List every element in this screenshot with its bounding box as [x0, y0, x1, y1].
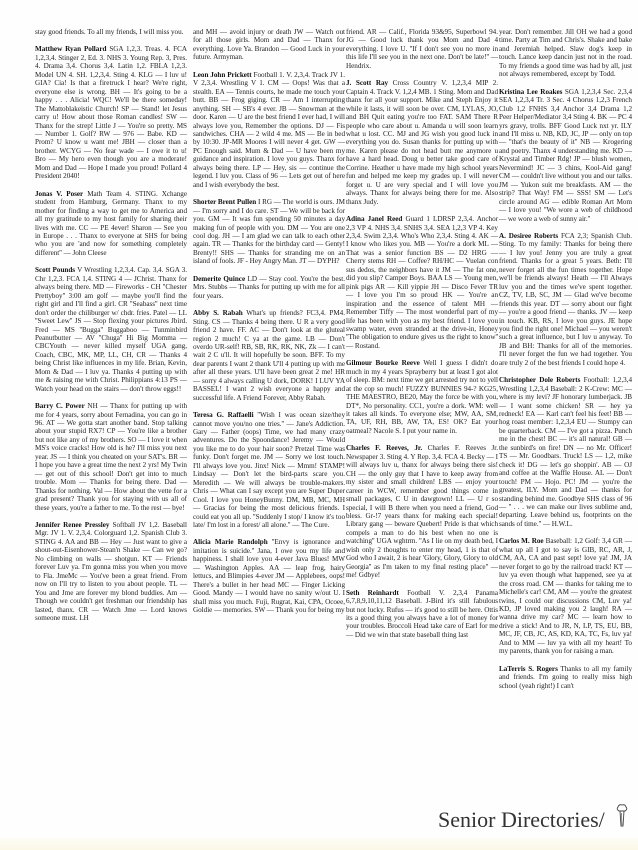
directory-entry: stay good friends. To all my friends, I …	[35, 28, 187, 36]
entry-text: NH — Thanx for putting up with me for 4 …	[35, 402, 187, 511]
entry-text: V Wrestling 1,2,3,4. Cap. 3,4. SGA 3. Ch…	[35, 266, 187, 392]
directory-entry: Alicia Marie Randolph ''Envy is ignoranc…	[193, 538, 345, 614]
senior-name: J. Scott Ray	[346, 79, 388, 87]
entry-text: ''Wish I was ocean size/they cannot move…	[193, 411, 345, 529]
senior-name: Carlos M. Roe	[499, 537, 544, 545]
senior-name: Charles F. Reeves, Jr.	[346, 444, 422, 452]
directory-entry: and MH — avoid injury or death JW — Watc…	[193, 28, 345, 62]
senior-name: A. Desiree Roberts	[499, 232, 558, 240]
directory-entry: Abby S. Rabah What's up friends? FC3,4. …	[193, 309, 345, 402]
entry-text: ''Envy is ignorance and imitation is sui…	[193, 538, 345, 614]
senior-name: Matthew Ryan Pollard	[35, 45, 106, 53]
entry-text: I RG — The world is ours. JM — I'm sorry…	[193, 198, 345, 265]
yearbook-page: stay good friends. To all my friends, I …	[0, 0, 638, 850]
directory-entry: Barry C. Power NH — Thanx for putting up…	[35, 402, 187, 512]
directory-entry: A. Desiree Roberts FCA 2,3; Spanish Club…	[499, 232, 632, 367]
entry-text: and MH — avoid injury or death JW — Watc…	[193, 28, 345, 61]
senior-name: Demerite Quince	[193, 275, 245, 283]
entry-text: Math Team 4. STING. Xchange student from…	[35, 190, 187, 257]
senior-name: Abby S. Rabah	[193, 309, 243, 317]
senior-name: Scott Pounds	[35, 266, 75, 274]
senior-name: Leon John Prickett	[193, 71, 252, 79]
entry-text: stay good friends. To all my friends, I …	[35, 28, 183, 36]
directory-entry: Leon John Prickett Football 1. V. 2,3,4.…	[193, 71, 345, 189]
senior-name: Gilmour Bourke Reeve	[346, 359, 420, 367]
directory-entry: LaTerris S. Rogers Thanks to all my fami…	[499, 665, 632, 690]
senior-name: Jennifer Renee Pressley	[35, 521, 109, 529]
column-4: year. Don't remember. Jill OH we had a g…	[499, 28, 632, 699]
directory-entry: year. Don't remember. Jill OH we had a g…	[499, 28, 632, 79]
column-2: and MH — avoid injury or death JW — Watc…	[193, 28, 345, 624]
directory-entry: Jennifer Renee Pressley Softball JV 1,2.…	[35, 521, 187, 622]
senior-name: Alicia Marie Randolph	[193, 538, 268, 546]
senior-name: LaTerris S. Rogers	[499, 665, 558, 673]
entry-text: Football V. 2,3,4 Panama 6,7,8,9,10,11,1…	[346, 589, 498, 639]
directory-entry: Scott Pounds V Wrestling 1,2,3,4. Cap. 3…	[35, 266, 187, 393]
entry-text: FCA 2,3; Spanish Club. Sting. To my fami…	[499, 232, 632, 367]
entry-text: friend. AR — Calif., Florida 93&95, Supe…	[346, 28, 498, 70]
page-footer: Senior Directories/ 67	[438, 804, 638, 833]
senior-name: Jonas V. Poser	[35, 190, 83, 198]
entry-text: Well I guess I didn't do much in my 4 ye…	[346, 359, 498, 435]
entry-text: Football: 1,2,3,4 Wrestling 1,2,3,4 Base…	[499, 376, 632, 528]
entry-text: SGA 1,2,3,4 Sec. 2,3,4 SEA 1,2,3,4 Tr. 3…	[499, 88, 632, 223]
directory-entry: Charles F. Reeves, Jr. Charles F. Reeves…	[346, 444, 498, 579]
entry-text: Football 1. V. 2,3,4. Track JV 1. V 2,3,…	[193, 71, 345, 189]
page-edge	[0, 838, 638, 850]
senior-name: Shorter Brent Pullen	[193, 198, 256, 206]
entry-text: SGA 1,2,3. Treas. 4. FCA 1,2,3,4. Stinge…	[35, 45, 187, 180]
entry-text: year. Don't remember. Jill OH we had a g…	[499, 28, 632, 78]
directory-entry: friend. AR — Calif., Florida 93&95, Supe…	[346, 28, 498, 70]
entry-text: What's up friends? FC3,4. PM4. Sting. CS…	[193, 309, 345, 402]
directory-entry: Gilmour Bourke Reeve Well I guess I didn…	[346, 359, 498, 435]
directory-entry: J. Scott Ray Cross Country V. 1,2,3,4 MI…	[346, 79, 498, 206]
section-title: Senior Directories/	[438, 807, 605, 832]
entry-text: Guard 1 LDRSP 2,3,4. Anchor 2,3 VP 4. NH…	[346, 215, 498, 350]
directory-entry: Seth Reinhardt Football V. 2,3,4 Panama …	[346, 589, 498, 640]
column-3: friend. AR — Calif., Florida 93&95, Supe…	[346, 28, 498, 648]
senior-name: Christopher Dole Roberts	[499, 376, 580, 384]
senior-name: Seth Reinhardt	[346, 589, 399, 597]
entry-text: Softball JV 1,2. Baseball Mgr. JV 1. V. …	[35, 521, 187, 622]
entry-text: Cross Country V. 1,2,3,4 MIP 2. Captain …	[346, 79, 498, 205]
directory-entry: Adina Janel Reed Guard 1 LDRSP 2,3,4. An…	[346, 215, 498, 350]
mortarboard-tassel-icon	[616, 804, 628, 830]
column-1: stay good friends. To all my friends, I …	[35, 28, 187, 631]
directory-entry: Carlos M. Roe Baseball: 1,2 Golf: 3,4 GR…	[499, 537, 632, 655]
directory-entry: Christopher Dole Roberts Football: 1,2,3…	[499, 376, 632, 528]
entry-text: Charles F. Reeves Jr. Newspaper 3. Sting…	[346, 444, 498, 579]
directory-entry: Matthew Ryan Pollard SGA 1,2,3. Treas. 4…	[35, 45, 187, 180]
senior-name: Kristina Lee Roakes	[499, 88, 562, 96]
senior-name: Adina Janel Reed	[346, 215, 402, 223]
directory-entry: Jonas V. Poser Math Team 4. STING. Xchan…	[35, 190, 187, 258]
directory-entry: Teresa G. Raffaelli ''Wish I was ocean s…	[193, 411, 345, 529]
senior-name: Barry C. Power	[35, 402, 85, 410]
directory-entry: Shorter Brent Pullen I RG — The world is…	[193, 198, 345, 266]
directory-entry: Kristina Lee Roakes SGA 1,2,3,4 Sec. 2,3…	[499, 88, 632, 223]
senior-name: Teresa G. Raffaelli	[193, 411, 254, 419]
directory-entry: Demerite Quince LD — Stay cool. You're t…	[193, 275, 345, 300]
entry-text: Baseball: 1,2 Golf: 3,4 GR — what up all…	[499, 537, 632, 655]
